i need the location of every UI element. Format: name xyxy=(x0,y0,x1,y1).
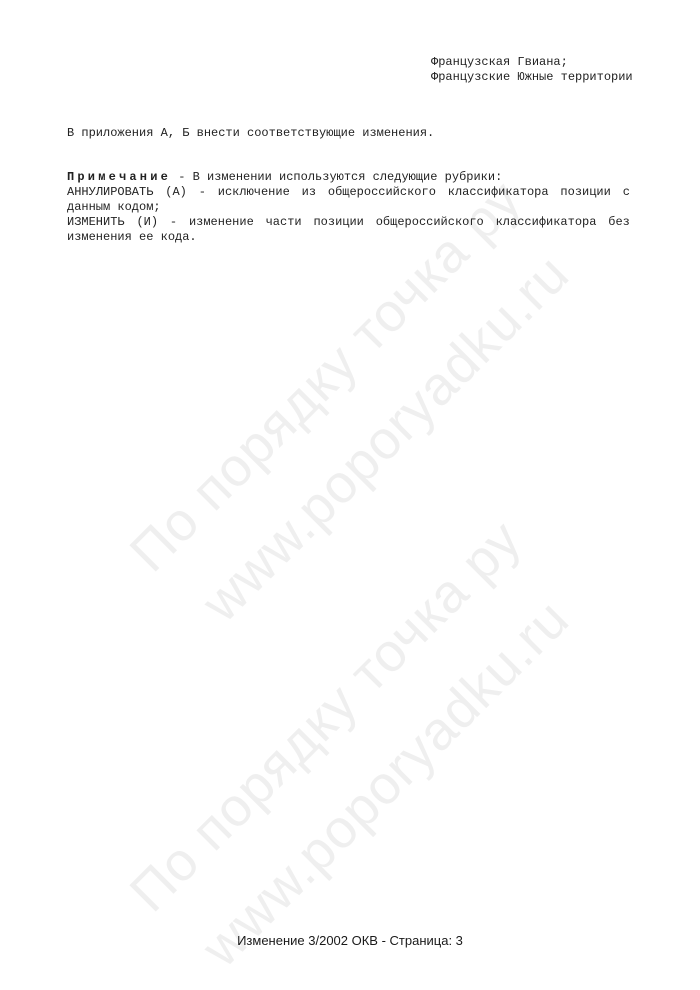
page-footer: Изменение 3/2002 ОКВ - Страница: 3 xyxy=(0,933,700,948)
territory-line: Французские Южные территории xyxy=(431,70,671,85)
watermark: По порядку точка ру www.poporyadku.ru По… xyxy=(0,0,700,990)
note-title: Примечание xyxy=(67,170,171,184)
note-word: без xyxy=(608,215,630,230)
note-word: (И) xyxy=(136,215,158,230)
note-word: позиции xyxy=(313,215,363,230)
note-word: общероссийского xyxy=(328,185,436,200)
note-word: позиции xyxy=(560,185,610,200)
note-word: классификатора xyxy=(448,185,549,200)
note-word: части xyxy=(266,215,302,230)
note-annul-line: АННУЛИРОВАТЬ(А)-исключениеизобщероссийск… xyxy=(67,185,630,200)
note-word: исключение xyxy=(218,185,290,200)
note-intro: - В изменении используются следующие руб… xyxy=(171,170,502,184)
note-word: общероссийского xyxy=(376,215,484,230)
note-block: Примечание - В изменении используются сл… xyxy=(67,170,630,245)
note-annul-continuation: данным кодом; xyxy=(67,200,630,215)
note-word: АННУЛИРОВАТЬ xyxy=(67,185,153,200)
note-change-continuation: изменения ее кода. xyxy=(67,230,630,245)
territory-line: Французская Гвиана; xyxy=(431,55,671,70)
note-word: - xyxy=(199,185,206,200)
watermark-text-ru: По порядку точка ру xyxy=(118,508,534,924)
note-word: изменение xyxy=(189,215,254,230)
note-change-line: ИЗМЕНИТЬ(И)-изменениечастипозицииобщерос… xyxy=(67,215,630,230)
intro-paragraph: В приложения А, Б внести соответствующие… xyxy=(67,126,434,141)
territory-list: Французская Гвиана; Французские Южные те… xyxy=(431,55,671,85)
note-word: из xyxy=(302,185,316,200)
note-word: (А) xyxy=(165,185,187,200)
note-word: ИЗМЕНИТЬ xyxy=(67,215,125,230)
note-word: классификатора xyxy=(496,215,597,230)
watermark-text-url: www.poporyadku.ru xyxy=(190,243,581,634)
note-word: - xyxy=(170,215,177,230)
watermark-text-url: www.poporyadku.ru xyxy=(190,588,581,979)
note-heading: Примечание - В изменении используются сл… xyxy=(67,170,630,185)
note-word: с xyxy=(623,185,630,200)
document-page: По порядку точка ру www.poporyadku.ru По… xyxy=(0,0,700,990)
